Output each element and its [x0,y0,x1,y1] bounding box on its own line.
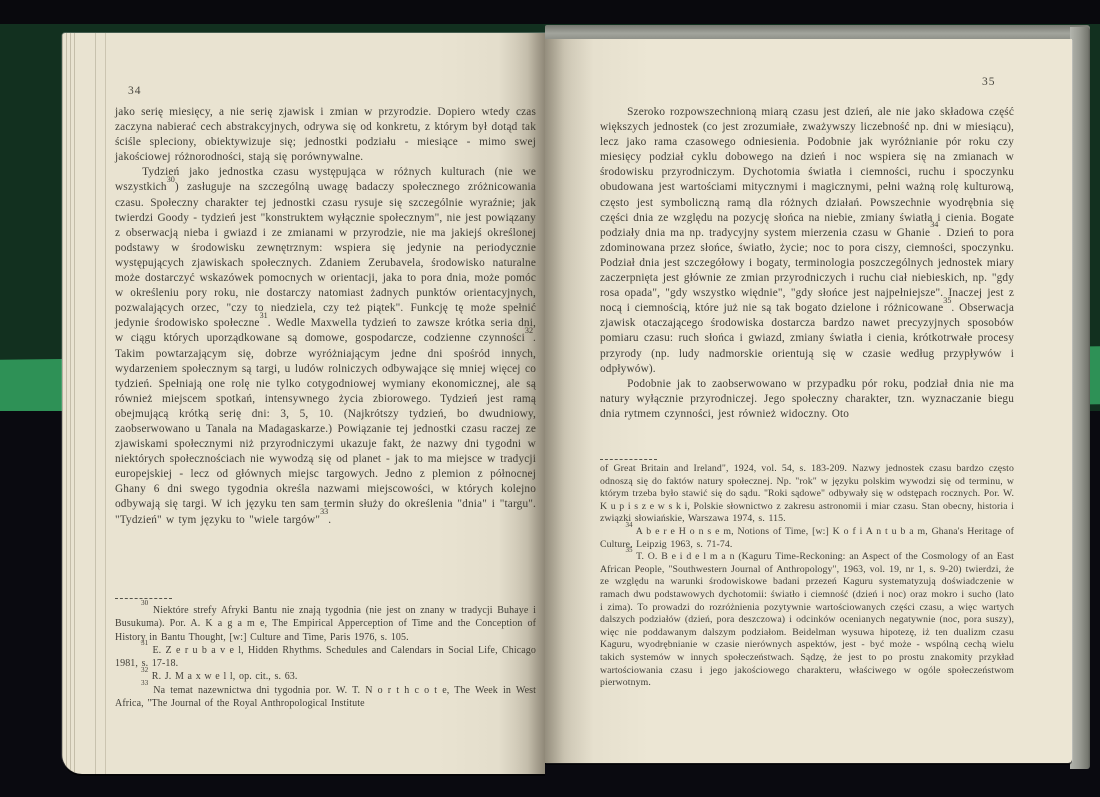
footnote-number: 35 [625,546,632,554]
footnote: 30 Niektóre strefy Afryki Bantu nie znaj… [115,604,536,644]
book-top-edge [545,25,1090,40]
footnote: 33 Na temat nazewnictwa dni tygodnia por… [115,684,536,711]
footnote-ref: 34 [930,220,938,229]
left-page: 34 jako serię miesięcy, a nie serię zjaw… [62,33,545,774]
paragraph: Szeroko rozpowszechnioną miarą czasu jes… [600,105,1014,377]
paragraph: Tydzień jako jednostka czasu występująca… [115,165,536,527]
footnote-ref: 33 [320,507,328,516]
right-page-footnotes: of Great Britain and Ireland", 1924, vol… [600,463,1014,690]
page-stack-edges-right [1070,27,1090,769]
footnote-separator-right [600,459,657,460]
paragraph: Podobnie jak to zaobserwowano w przypadk… [600,377,1014,422]
page-number-left: 34 [128,85,142,97]
footnote: 34 A b e r e H o n s e m, Notions of Tim… [600,526,1014,551]
paragraph: jako serię miesięcy, a nie serię zjawisk… [115,105,536,165]
footnote-number: 32 [141,666,148,674]
footnote: of Great Britain and Ireland", 1924, vol… [600,463,1014,526]
footnote-number: 33 [141,679,148,687]
photo-backdrop: 34 jako serię miesięcy, a nie serię zjaw… [0,0,1100,797]
footnote-number: 34 [625,521,632,529]
footnote-ref: 35 [943,296,951,305]
footnote-ref: 31 [260,311,268,320]
right-page: 35 Szeroko rozpowszechnioną miarą czasu … [545,25,1094,773]
footnote: 32 R. J. M a x w e l l, op. cit., s. 63. [115,670,536,683]
gutter-shadow-left [499,33,545,774]
backdrop-dark-upper [0,0,1100,24]
footnote: 31 E. Z e r u b a v e l, Hidden Rhythms.… [115,644,536,671]
open-book: 34 jako serię miesięcy, a nie serię zjaw… [58,22,1096,775]
right-page-body: Szeroko rozpowszechnioną miarą czasu jes… [600,105,1014,422]
footnote: 35 T. O. B e i d e l m a n (Kaguru Time-… [600,551,1014,690]
left-page-footnotes: 30 Niektóre strefy Afryki Bantu nie znaj… [115,604,536,710]
gutter-shadow-right [545,39,593,763]
page-number-right: 35 [982,76,996,88]
page-stack-edges-left [62,33,112,774]
left-page-body: jako serię miesięcy, a nie serię zjawisk… [115,105,536,528]
footnote-number: 30 [141,599,148,607]
footnote-ref: 30 [167,175,175,184]
footnote-number: 31 [141,639,148,647]
